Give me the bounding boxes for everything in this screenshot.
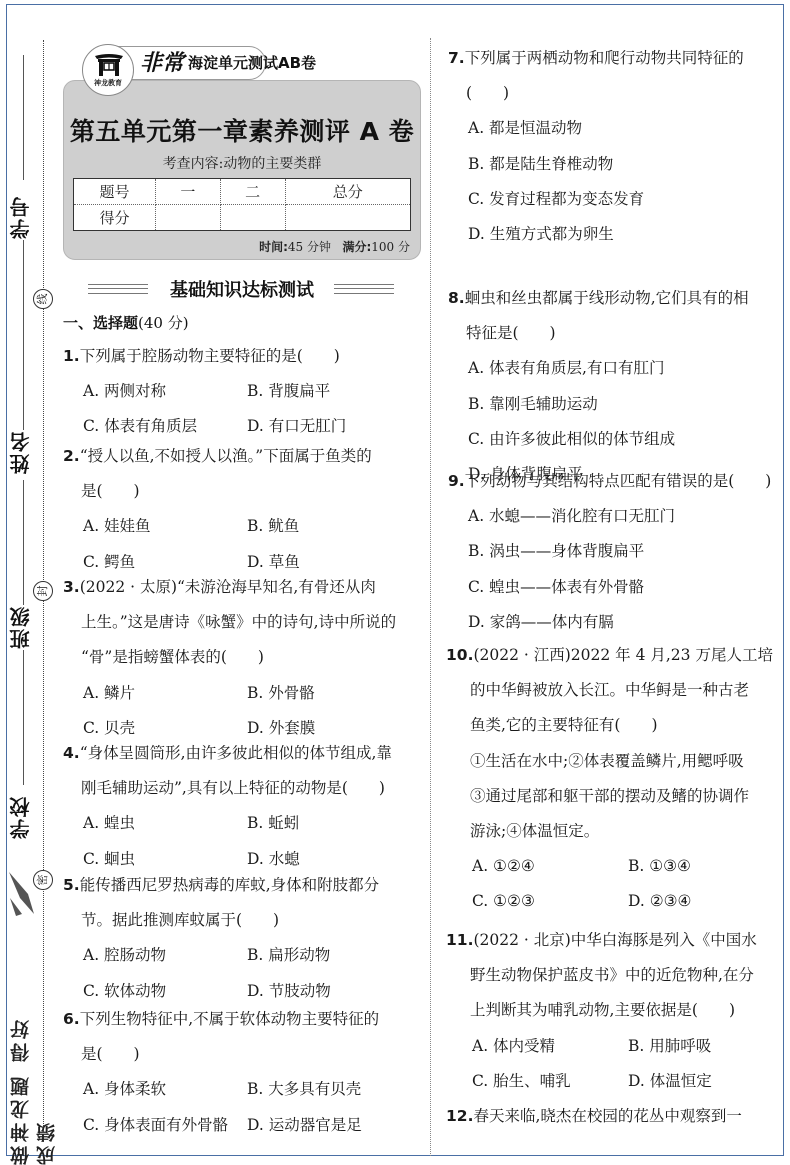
answer-option[interactable]: D. 有口无肛门 [247, 416, 346, 436]
answer-option[interactable]: C. 鳄鱼 [83, 552, 135, 572]
field-line-student-id [23, 55, 24, 180]
answer-option[interactable]: B. 涡虫——身体背腹扁平 [468, 541, 644, 561]
column-divider [430, 38, 431, 1156]
seal-mark-line: 线 [33, 289, 53, 309]
question-text: ③通过尾部和躯干部的摆动及鳍的协调作 [470, 787, 749, 805]
question-number: 5. [63, 876, 80, 894]
seal-mark-seal: 封 [33, 581, 53, 601]
score-table-header: 题号 [74, 179, 156, 205]
answer-option[interactable]: B. 鱿鱼 [247, 516, 299, 536]
question-stem: 7.下列属于两栖动物和爬行动物共同特征的 [448, 48, 744, 68]
answer-option[interactable]: D. 水螅 [247, 849, 300, 869]
answer-option[interactable]: B. 蚯蚓 [247, 813, 299, 833]
answer-option[interactable]: B. ①③④ [628, 856, 691, 876]
answer-option[interactable]: A. 两侧对称 [83, 381, 166, 401]
question-number: 10. [446, 646, 473, 664]
answer-option[interactable]: B. 大多具有贝壳 [247, 1079, 361, 1099]
exam-meta: 时间:45 分钟 满分:100 分 [230, 238, 410, 255]
question-stem: 1.下列属于腔肠动物主要特征的是( ) [63, 346, 340, 366]
question-text: 是( ) [81, 1045, 140, 1063]
field-label-student-id: 学号 [9, 195, 33, 239]
exam-scope: 考查内容:动物的主要类群 [63, 153, 421, 173]
answer-option[interactable]: C. 贝壳 [83, 718, 135, 738]
answer-option[interactable]: A. 体表有角质层,有口有肛门 [468, 358, 664, 378]
question-stem: 4.“身体呈圆筒形,由许多彼此相似的体节组成,靠 [63, 743, 392, 763]
answer-option[interactable]: C. 由许多彼此相似的体节组成 [468, 429, 675, 449]
answer-option[interactable]: D. 家鸽——体内有膈 [468, 612, 614, 632]
question-number: 1. [63, 347, 80, 365]
answer-option[interactable]: D. 草鱼 [247, 552, 300, 572]
answer-option[interactable]: A. 鳞片 [83, 683, 135, 703]
field-line-name [23, 240, 24, 430]
question-number: 12. [446, 1107, 473, 1125]
gate-logo-icon [94, 53, 124, 77]
question-text: 节。据此推测库蚊属于( ) [81, 911, 279, 929]
question-stem-continued: 野生动物保护蓝皮书》中的近危物种,在分 [470, 965, 754, 985]
question-stem-continued: 是( ) [81, 481, 140, 501]
answer-option[interactable]: A. 水螅——消化腔有口无肛门 [468, 506, 675, 526]
question-stem-continued: 的中华鲟被放入长江。中华鲟是一种古老 [470, 680, 749, 700]
score-cell-total[interactable] [285, 205, 410, 231]
answer-option[interactable]: B. 用肺呼吸 [628, 1036, 711, 1056]
answer-option[interactable]: C. 体表有角质层 [83, 416, 197, 436]
answer-option[interactable]: A. 都是恒温动物 [468, 118, 582, 138]
answer-option[interactable]: D. 运动器官是足 [247, 1115, 362, 1135]
part-title-text: 一、选择题 [63, 314, 138, 332]
brand-logo-text: 神龙教育 [83, 78, 133, 88]
question-text: 刚毛辅助运动”,具有以上特征的动物是( ) [81, 779, 385, 797]
question-stem: 3.(2022 · 太原)“未游沧海早知名,有骨还从肉 [63, 577, 376, 597]
field-line-class [23, 480, 24, 605]
answer-option[interactable]: C. 蝗虫——体表有外骨骼 [468, 577, 644, 597]
answer-option[interactable]: C. 胎生、哺乳 [472, 1071, 571, 1091]
question-stem-continued: 刚毛辅助运动”,具有以上特征的动物是( ) [81, 778, 385, 798]
part-points: (40 分) [138, 314, 189, 332]
answer-option[interactable]: C. 软体动物 [83, 981, 166, 1001]
score-table-header-row: 题号 一 二 总分 [74, 179, 411, 205]
question-text: 上判断其为哺乳动物,主要依据是( ) [470, 1001, 735, 1019]
time-value: 45 分钟 [288, 240, 331, 254]
question-number: 9. [448, 472, 465, 490]
answer-option[interactable]: D. 生殖方式都为卵生 [468, 224, 614, 244]
question-text: 游泳;④体温恒定。 [470, 822, 599, 840]
question-stem: 10.(2022 · 江西)2022 年 4 月,23 万尾人工培 [446, 645, 773, 665]
question-number: 6. [63, 1010, 80, 1028]
question-text: 下列生物特征中,不属于软体动物主要特征的 [80, 1010, 379, 1028]
slogan: 做神龙题 得好成绩 [8, 1005, 34, 1165]
question-text: 上生。”这是唐诗《咏蟹》中的诗句,诗中所说的 [81, 613, 396, 631]
question-text: 鱼类,它的主要特征有( ) [470, 716, 658, 734]
question-number: 4. [63, 744, 80, 762]
answer-option[interactable]: C. 发育过程都为变态发育 [468, 189, 644, 209]
question-text: 野生动物保护蓝皮书》中的近危物种,在分 [470, 966, 754, 984]
question-number: 2. [63, 447, 80, 465]
answer-option[interactable]: D. 体温恒定 [628, 1071, 712, 1091]
answer-option[interactable]: D. 节肢动物 [247, 981, 331, 1001]
question-stem-continued: ①生活在水中;②体表覆盖鳞片,用鳃呼吸 [470, 751, 744, 771]
question-text: 春天来临,晓杰在校园的花丛中观察到一 [473, 1107, 741, 1125]
question-text: 下列属于腔肠动物主要特征的是( ) [80, 347, 340, 365]
field-label-class: 班级 [9, 605, 33, 649]
answer-option[interactable]: D. 外套膜 [247, 718, 315, 738]
answer-option[interactable]: A. 娃娃鱼 [83, 516, 151, 536]
question-stem: 2.“授人以鱼,不如授人以渔。”下面属于鱼类的 [63, 446, 372, 466]
field-line-school [23, 650, 24, 785]
question-text: (2022 · 北京)中华白海豚是列入《中国水 [473, 931, 756, 949]
brand-script: 非常 [140, 46, 184, 77]
answer-option[interactable]: B. 扁形动物 [247, 945, 330, 965]
section-heading: 基础知识达标测试 [63, 276, 421, 302]
question-stem: 9.下列动物与其结构特点匹配有错误的是( ) [448, 471, 771, 491]
time-label: 时间: [259, 240, 288, 254]
question-stem-continued: 节。据此推测库蚊属于( ) [81, 910, 279, 930]
brand-series-title: 海淀单元测试AB卷 [188, 52, 316, 73]
question-stem: 12.春天来临,晓杰在校园的花丛中观察到一 [446, 1106, 742, 1126]
full-score-label: 满分: [342, 240, 371, 254]
question-stem-continued: 上生。”这是唐诗《咏蟹》中的诗句,诗中所说的 [81, 612, 396, 632]
answer-option[interactable]: B. 外骨骼 [247, 683, 315, 703]
question-text: “身体呈圆筒形,由许多彼此相似的体节组成,靠 [80, 744, 392, 762]
question-text: 下列属于两栖动物和爬行动物共同特征的 [465, 49, 744, 67]
part-title: 一、选择题(40 分) [63, 312, 189, 333]
check-mark-icon [6, 868, 36, 918]
question-stem: 8.蛔虫和丝虫都属于线形动物,它们具有的相 [448, 288, 749, 308]
question-stem-continued: ③通过尾部和躯干部的摆动及鳍的协调作 [470, 786, 749, 806]
question-text: 的中华鲟被放入长江。中华鲟是一种古老 [470, 681, 749, 699]
question-text: 蛔虫和丝虫都属于线形动物,它们具有的相 [465, 289, 749, 307]
answer-option[interactable]: A. 蝗虫 [83, 813, 135, 833]
brand-logo: 神龙教育 [82, 44, 134, 96]
score-table-header: 一 [156, 179, 221, 205]
answer-option[interactable]: C. ①②③ [472, 891, 535, 911]
question-stem: 11.(2022 · 北京)中华白海豚是列入《中国水 [446, 930, 757, 950]
question-number: 3. [63, 578, 80, 596]
question-stem-continued: 是( ) [81, 1044, 140, 1064]
field-label-name: 姓名 [9, 430, 33, 474]
exam-title: 第五单元第一章素养测评 A 卷 [63, 112, 421, 148]
answer-option[interactable]: A. 腔肠动物 [83, 945, 166, 965]
answer-option[interactable]: A. 体内受精 [472, 1036, 555, 1056]
answer-option[interactable]: A. 身体柔软 [83, 1079, 166, 1099]
score-table: 题号 一 二 总分 得分 [73, 178, 411, 231]
score-table-score-row: 得分 [74, 205, 411, 231]
question-text: (2022 · 太原)“未游沧海早知名,有骨还从肉 [80, 578, 376, 596]
question-stem: 5.能传播西尼罗热病毒的库蚊,身体和附肢都分 [63, 875, 379, 895]
question-text: 特征是( ) [466, 324, 556, 342]
seal-mark-secret: 密 [33, 870, 53, 890]
question-text: ( ) [466, 84, 509, 102]
answer-option[interactable]: D. ②③④ [628, 891, 691, 911]
question-stem-continued: ( ) [466, 83, 509, 103]
score-table-header: 二 [220, 179, 285, 205]
question-text: 是( ) [81, 482, 140, 500]
answer-option[interactable]: C. 身体表面有外骨骼 [83, 1115, 228, 1135]
question-stem-continued: 特征是( ) [466, 323, 556, 343]
score-cell-part-1[interactable] [156, 205, 221, 231]
answer-option[interactable]: A. ①②④ [472, 856, 535, 876]
question-text: 下列动物与其结构特点匹配有错误的是( ) [465, 472, 772, 490]
score-table-header: 总分 [285, 179, 410, 205]
question-number: 11. [446, 931, 473, 949]
answer-option[interactable]: B. 都是陆生脊椎动物 [468, 154, 613, 174]
question-number: 7. [448, 49, 465, 67]
question-text: “骨”是指螃蟹体表的( ) [81, 648, 264, 666]
question-text: 能传播西尼罗热病毒的库蚊,身体和附肢都分 [80, 876, 379, 894]
question-stem-continued: 游泳;④体温恒定。 [470, 821, 599, 841]
field-label-school: 学校 [9, 795, 33, 839]
answer-option[interactable]: C. 蛔虫 [83, 849, 135, 869]
full-score-value: 100 分 [371, 240, 410, 254]
answer-option[interactable]: B. 靠刚毛辅助运动 [468, 394, 598, 414]
question-stem-continued: 上判断其为哺乳动物,主要依据是( ) [470, 1000, 735, 1020]
question-number: 8. [448, 289, 465, 307]
score-cell-part-2[interactable] [220, 205, 285, 231]
score-row-label: 得分 [74, 205, 156, 231]
question-stem-continued: 鱼类,它的主要特征有( ) [470, 715, 658, 735]
question-stem: 6.下列生物特征中,不属于软体动物主要特征的 [63, 1009, 379, 1029]
question-text: (2022 · 江西)2022 年 4 月,23 万尾人工培 [473, 646, 773, 664]
question-stem-continued: “骨”是指螃蟹体表的( ) [81, 647, 264, 667]
answer-option[interactable]: B. 背腹扁平 [247, 381, 330, 401]
question-text: “授人以鱼,不如授人以渔。”下面属于鱼类的 [80, 447, 372, 465]
question-text: ①生活在水中;②体表覆盖鳞片,用鳃呼吸 [470, 752, 744, 770]
